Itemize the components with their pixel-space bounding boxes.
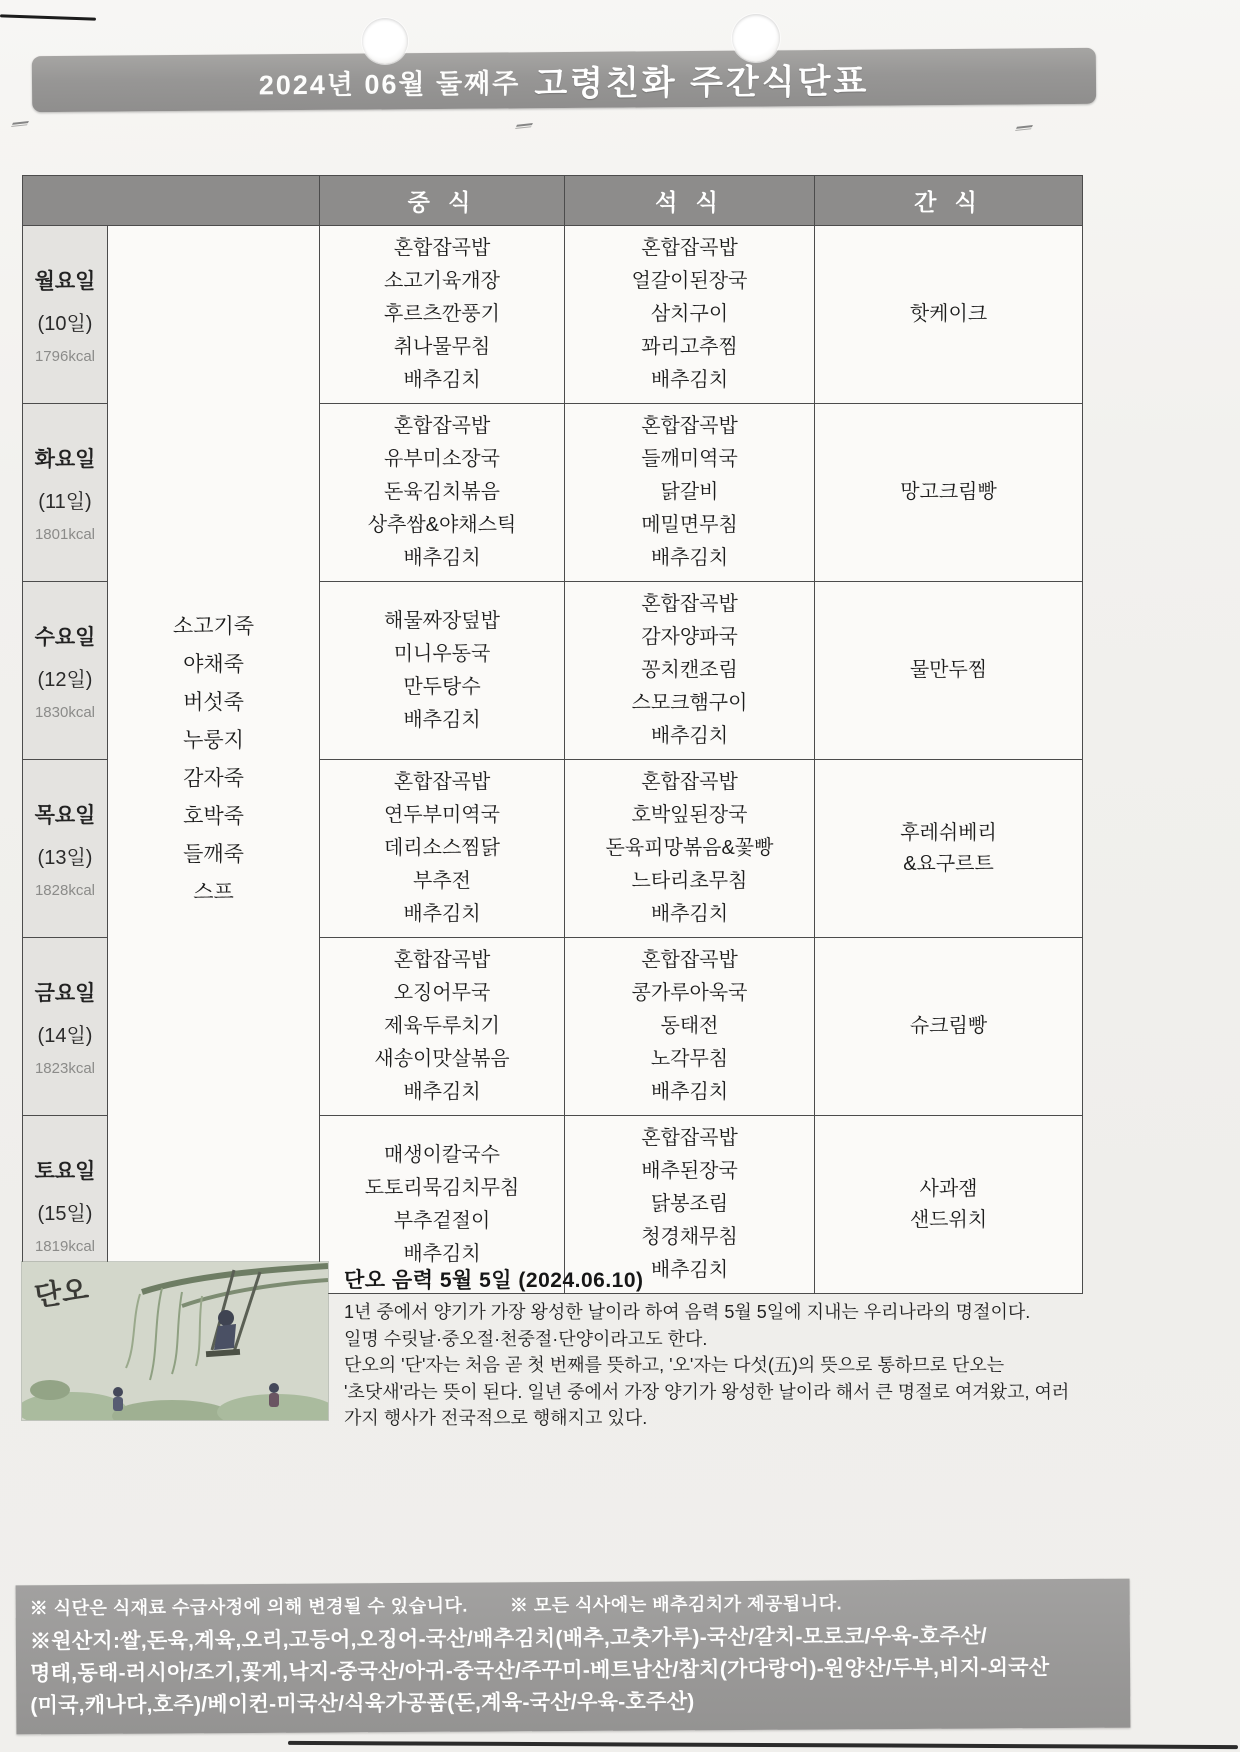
day-cell: 금요일 (14일) 1823kcal <box>23 938 108 1116</box>
header-dinner: 석 식 <box>565 176 815 226</box>
scanned-menu-page: 2024년 06월 둘째주 고령친화 주간식단표 중 식 석 식 간 식 월요일… <box>0 0 1240 1752</box>
dano-description: 1년 중에서 양기가 가장 왕성한 날이라 하여 음력 5월 5일에 지내는 우… <box>344 1299 1132 1432</box>
day-cell: 수요일 (12일) 1830kcal <box>23 582 108 760</box>
header-empty-cell <box>23 176 320 226</box>
day-kcal: 1830kcal <box>25 704 105 721</box>
day-name: 수요일 <box>25 621 105 651</box>
day-date: (10일) <box>25 307 105 336</box>
scan-artifact-line <box>0 14 96 20</box>
day-date: (14일) <box>25 1019 105 1048</box>
day-date: (12일) <box>25 663 105 692</box>
dano-heading: 단오 음력 5월 5일 (2024.06.10) <box>344 1264 1132 1294</box>
table-row-monday: 월요일 (10일) 1796kcal 소고기죽야채죽버섯죽누룽지감자죽호박죽들깨… <box>23 226 1083 404</box>
snack-item: 핫케이크 <box>815 226 1083 404</box>
day-date: (13일) <box>25 841 105 870</box>
dinner-menu-list: 혼합잡곡밥콩가루아욱국동태전노각무침배추김치 <box>565 938 815 1116</box>
day-kcal: 1828kcal <box>25 882 105 899</box>
snack-item: 물만두찜 <box>815 582 1083 760</box>
day-date: (15일) <box>25 1197 105 1226</box>
notice-menu-change: ※ 식단은 식재료 수급사정에 의해 변경될 수 있습니다. <box>30 1596 468 1619</box>
dinner-menu-list: 혼합잡곡밥얼갈이된장국삼치구이꽈리고추찜배추김치 <box>565 226 815 404</box>
day-date: (11일) <box>25 485 105 514</box>
dinner-menu-list: 혼합잡곡밥감자양파국꽁치캔조림스모크햄구이배추김치 <box>565 582 815 760</box>
page-title: 고령친화 주간식단표 <box>534 53 869 105</box>
dano-illustration-icon: 단오 <box>22 1262 328 1420</box>
lunch-menu-list: 혼합잡곡밥유부미소장국돈육김치볶음상추쌈&야채스틱배추김치 <box>320 404 565 582</box>
lunch-menu-list: 혼합잡곡밥오징어무국제육두루치기새송이맛살볶음배추김치 <box>320 938 565 1116</box>
lunch-menu-list: 혼합잡곡밥소고기육개장후르츠깐풍기취나물무침배추김치 <box>320 226 565 404</box>
day-kcal: 1823kcal <box>25 1060 105 1077</box>
dinner-menu-list: 혼합잡곡밥들깨미역국닭갈비메밀면무침배추김치 <box>565 404 815 582</box>
day-name: 금요일 <box>25 977 105 1007</box>
scan-artifact-line <box>288 1741 1238 1749</box>
day-name: 월요일 <box>25 265 105 295</box>
porridge-list: 소고기죽야채죽버섯죽누룽지감자죽호박죽들깨죽스프 <box>108 226 320 1294</box>
punch-hole-icon <box>362 18 408 64</box>
punch-hole-icon <box>732 14 780 62</box>
weekly-menu-table: 중 식 석 식 간 식 월요일 (10일) 1796kcal 소고기죽야채죽버섯… <box>22 175 1083 1294</box>
staple-mark-icon <box>1015 125 1033 131</box>
day-name: 화요일 <box>25 443 105 473</box>
day-kcal: 1801kcal <box>25 526 105 543</box>
header-lunch: 중 식 <box>320 176 565 226</box>
table-header-row: 중 식 석 식 간 식 <box>23 176 1083 226</box>
snack-item: 슈크림빵 <box>815 938 1083 1116</box>
day-cell: 월요일 (10일) 1796kcal <box>23 226 108 404</box>
header-snack: 간 식 <box>815 176 1083 226</box>
origin-info: ※원산지:쌀,돈육,계육,오리,고등어,오징어-국산/배추김치(배추,고춧가루)… <box>30 1620 1117 1723</box>
dano-info-section: 단오 단오 음력 5월 5일 (2024.06.10) 1년 중에서 양기가 가… <box>22 1262 1132 1424</box>
staple-mark-icon <box>515 123 533 129</box>
day-name: 토요일 <box>25 1155 105 1185</box>
title-band: 2024년 06월 둘째주 고령친화 주간식단표 <box>32 48 1096 112</box>
lunch-menu-list: 혼합잡곡밥연두부미역국데리소스찜닭부추전배추김치 <box>320 760 565 938</box>
dinner-menu-list: 혼합잡곡밥호박잎된장국돈육피망볶음&꽃빵느타리초무침배추김치 <box>565 760 815 938</box>
day-cell: 화요일 (11일) 1801kcal <box>23 404 108 582</box>
day-cell: 목요일 (13일) 1828kcal <box>23 760 108 938</box>
day-name: 목요일 <box>25 799 105 829</box>
dano-text-block: 단오 음력 5월 5일 (2024.06.10) 1년 중에서 양기가 가장 왕… <box>344 1262 1132 1432</box>
footer-notice: ※ 식단은 식재료 수급사정에 의해 변경될 수 있습니다.※ 모든 식사에는 … <box>30 1588 1116 1621</box>
title-week-label: 2024년 06월 둘째주 <box>259 61 521 102</box>
staple-mark-icon <box>11 121 29 127</box>
snack-item: 후레쉬베리&요구르트 <box>815 760 1083 938</box>
day-kcal: 1819kcal <box>25 1238 105 1255</box>
lunch-menu-list: 해물짜장덮밥미니우동국만두탕수배추김치 <box>320 582 565 760</box>
footer-origin-band: ※ 식단은 식재료 수급사정에 의해 변경될 수 있습니다.※ 모든 식사에는 … <box>16 1579 1131 1735</box>
snack-item: 망고크림빵 <box>815 404 1083 582</box>
day-kcal: 1796kcal <box>25 348 105 365</box>
notice-kimchi: ※ 모든 식사에는 배추김치가 제공됩니다. <box>510 1593 842 1615</box>
